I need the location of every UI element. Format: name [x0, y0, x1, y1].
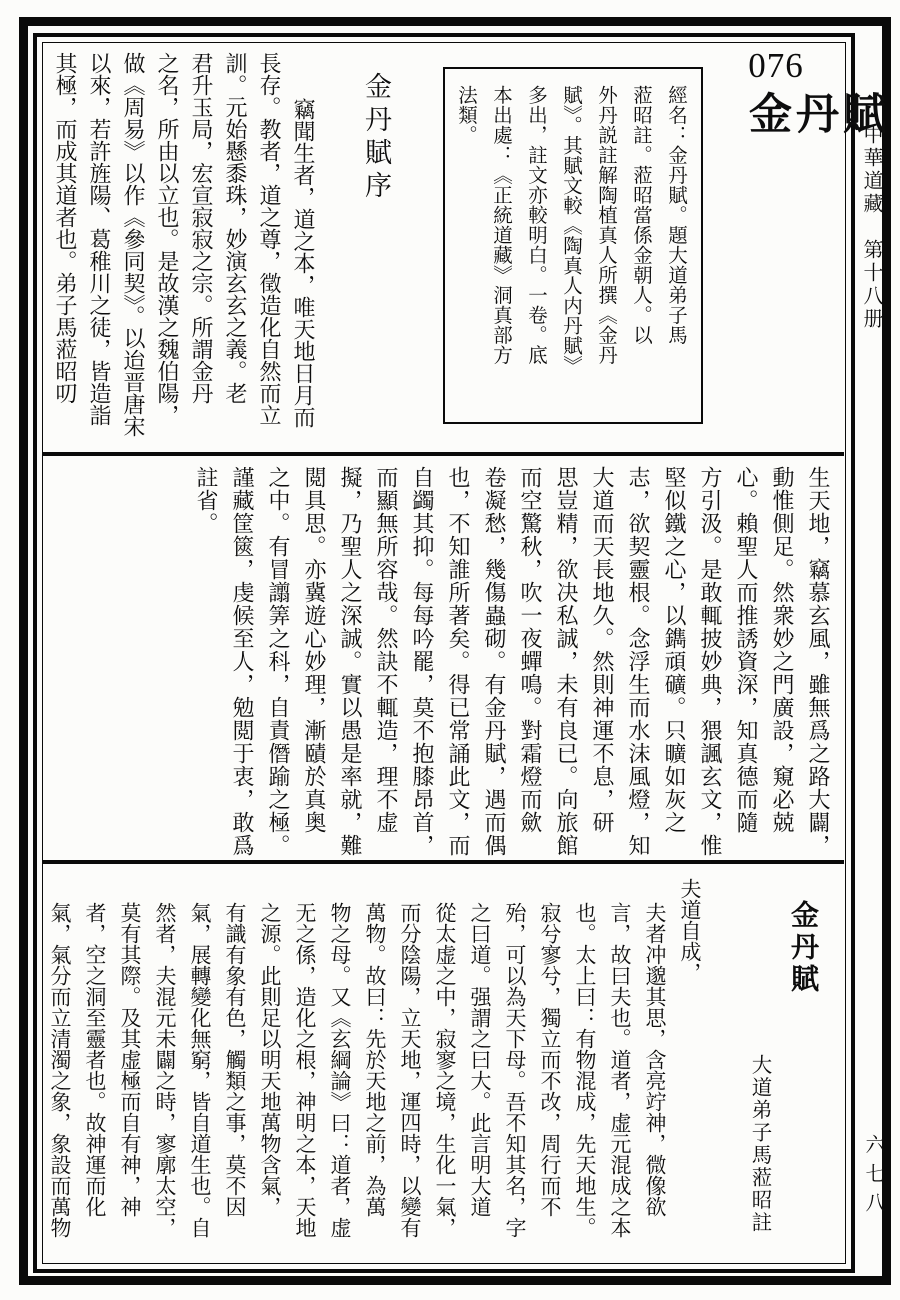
abstract-column: 本出處：《正統道藏》洞真部方	[483, 85, 518, 416]
commentary-column: 之源。此則足以明天地萬物含氣，	[252, 878, 287, 1264]
text-column: 謹藏筐篋，虔候至人，勉閲于衷，敢爲	[224, 466, 260, 860]
commentary-column: 氣，氣分而立清濁之象，象設而萬物	[42, 878, 77, 1264]
abstract-column: 外丹説註解陶植真人所撰《金丹	[588, 85, 623, 416]
text-column: 生天地，竊慕玄風，雖無爲之路大闢，	[800, 466, 836, 860]
text-column: 而顯無所容哉。然訣不輒造，理不虚	[368, 466, 404, 860]
commentary-column: 无之係，造化之根，神明之本，天地	[287, 878, 322, 1264]
text-column: 思豈精，欲决私誠，未有良已。向旅館	[548, 466, 584, 860]
text-column: 堅似鐵之心，以鐫頑礦。只曠如灰之	[656, 466, 692, 860]
abstract-column: 蒞昭註。蒞昭當係金朝人。以	[623, 85, 658, 416]
text-column: 動惟側足。然衆妙之門廣設，窺必兢	[764, 466, 800, 860]
commentary-column: 物之母。又《玄綱論》曰：道者，虚	[322, 878, 357, 1264]
author-attribution: 大道弟子馬蒞昭註	[742, 878, 776, 1264]
text-column: 自蠲其抑。每每吟罷，莫不抱膝昂首，	[404, 466, 440, 860]
preface-column: 做《周易》以作《參同契》。以迨晋唐宋	[116, 52, 150, 452]
preface-continuation-section: 生天地，竊慕玄風，雖無爲之路大闢， 動惟側足。然衆妙之門廣設，窺必兢 心。賴聖人…	[42, 456, 846, 860]
commentary-column: 寂兮寥兮，獨立而不改，周行而不	[532, 878, 567, 1264]
preface-column: 訓。元始懸黍珠，妙演玄玄之義。老	[218, 52, 252, 452]
text-column: 也，不知誰所著矣。得已常誦此文，而	[440, 466, 476, 860]
preface-section: 金丹賦序 竊聞生者，道之本，唯天地日月而 長存。教者，道之尊，徵造化自然而立 訓…	[42, 44, 446, 452]
commentary-column: 有識有象有色，觸類之事，莫不因	[217, 878, 252, 1264]
main-text-column: 夫道自成，	[672, 878, 707, 1264]
commentary-column: 也。太上曰：有物混成，先天地生。	[567, 878, 602, 1264]
preface-column: 長存。教者，道之尊，徵造化自然而立	[252, 52, 286, 452]
preface-title: 金丹賦序	[352, 52, 400, 452]
text-column: 之中。有冒譾筭之科，自責僭踰之極。	[260, 466, 296, 860]
text-column: 大道而天長地久。然則神運不息，研	[584, 466, 620, 860]
commentary-column: 萬物。故曰：先於天地之前，為萬	[357, 878, 392, 1264]
abstract-column: 多出，註文亦較明白。一卷。底	[518, 85, 553, 416]
commentary-column: 殆，可以為天下母。吾不知其名，字	[497, 878, 532, 1264]
abstract-column: 經名：金丹賦。題大道弟子馬	[658, 85, 693, 416]
preface-column: 君升玉局，宏宣寂寂之宗。所謂金丹	[184, 52, 218, 452]
commentary-column: 之曰道。强謂之曰大。此言明大道	[462, 878, 497, 1264]
text-column: 擬，乃聖人之深誠。實以愚是率就，難	[332, 466, 368, 860]
commentary-column: 從太虚之中，寂寥之境，生化一氣，	[427, 878, 462, 1264]
commentary-column: 而分陰陽，立天地，運四時，以變有	[392, 878, 427, 1264]
commentary-column: 言，故曰夫也。道者，虚元混成之本	[602, 878, 637, 1264]
text-column: 心。賴聖人而推誘資深，知真德而隨	[728, 466, 764, 860]
text-column: 志，欲契靈根。念浮生而水沫風燈，知	[620, 466, 656, 860]
main-text-section: 金丹賦 大道弟子馬蒞昭註 夫道自成， 夫者冲邈其思，含亮竚神，微像欲 言，故曰夫…	[42, 864, 846, 1264]
book-title-heading: 金丹賦	[749, 90, 890, 142]
preface-column: 以來，若許旌陽、葛稚川之徒，皆造詣	[82, 52, 116, 452]
commentary-column: 夫者冲邈其思，含亮竚神，微像欲	[637, 878, 672, 1264]
commentary-column: 氣，展轉變化無窮，皆自道生也。自	[182, 878, 217, 1264]
abstract-column: 法類。	[448, 85, 483, 416]
scripture-abstract-box: 經名：金丹賦。題大道弟子馬 蒞昭註。蒞昭當係金朝人。以 外丹説註解陶植真人所撰《…	[443, 67, 703, 424]
main-title: 金丹賦	[776, 878, 828, 1264]
preface-column: 之名，所由以立也。是故漢之魏伯陽，	[150, 52, 184, 452]
commentary-column: 莫有其際。及其虚極而自有神，神	[112, 878, 147, 1264]
scanned-page: 中華道藏 第十八册 六七八 076 金丹賦 經名：金丹賦。題大道弟子馬 蒞昭註。…	[0, 0, 900, 1300]
text-column: 而空驚秋，吹一夜蟬鳴。對霜燈而歛	[512, 466, 548, 860]
abstract-column: 賦》。其賦文較《陶真人内丹賦》	[553, 85, 588, 416]
volume-label: 中華道藏 第十八册	[856, 124, 886, 331]
commentary-column: 然者，夫混元未闢之時，寥廓太空，	[147, 878, 182, 1264]
catalog-number: 076	[737, 46, 815, 86]
folio-number: 六七八	[858, 1134, 888, 1221]
commentary-column: 者，空之洞至靈者也。故神運而化	[77, 878, 112, 1264]
text-column: 註省。	[188, 466, 224, 860]
text-column: 卷凝愁，幾傷蟲砌。有金丹賦，遇而偶	[476, 466, 512, 860]
preface-column: 其極，而成其道者也。弟子馬蒞昭叨	[48, 52, 82, 452]
text-column: 閲具思。亦冀遊心妙理，漸賾於真奥	[296, 466, 332, 860]
text-column: 方引汲。是敢輒披妙典，猥諷玄文，惟	[692, 466, 728, 860]
preface-column: 竊聞生者，道之本，唯天地日月而	[286, 52, 320, 452]
